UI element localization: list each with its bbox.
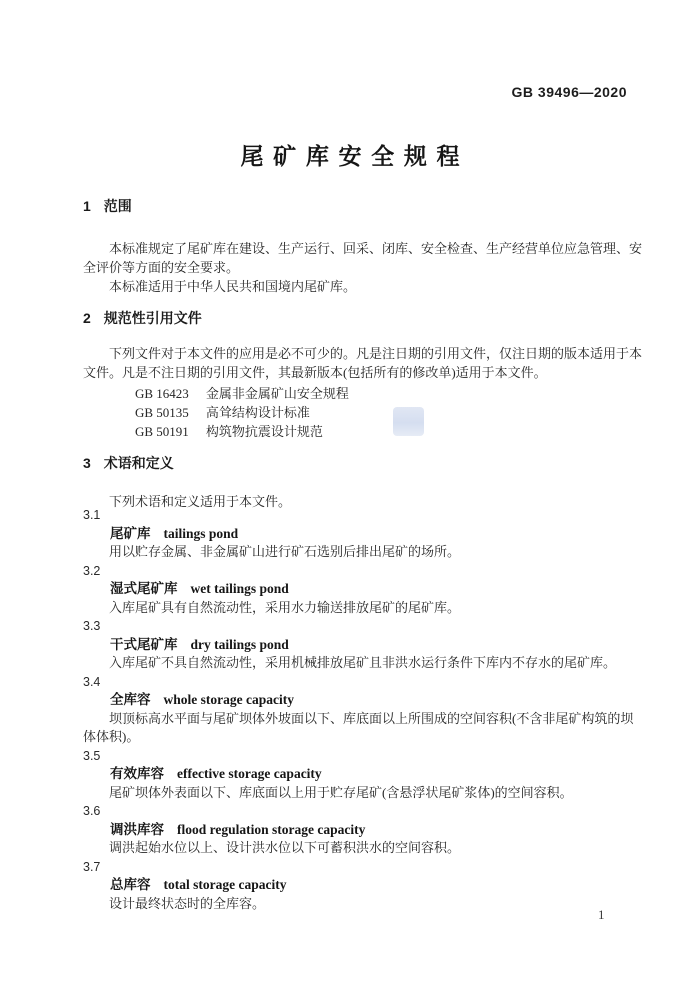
- term-name: 总库容total storage capacity: [83, 876, 643, 895]
- reference-item: GB 50191构筑物抗震设计规范: [83, 422, 643, 441]
- scope-paragraph-1: 本标准规定了尾矿库在建设、生产运行、回采、闭库、安全检查、生产经营单位应急管理、…: [83, 239, 643, 277]
- term-name: 全库容whole storage capacity: [83, 691, 643, 710]
- document-title: 尾矿库安全规程: [0, 138, 700, 171]
- term-name-en: wet tailings pond: [191, 581, 289, 596]
- term-name: 尾矿库tailings pond: [83, 525, 643, 544]
- term-definition: 尾矿坝体外表面以下、库底面以上用于贮存尾矿(含悬浮状尾矿浆体)的空间容积。: [83, 784, 643, 803]
- section-3-heading: 3术语和定义: [83, 455, 643, 472]
- standard-number: GB 39496—2020: [512, 84, 627, 100]
- term-definition: 入库尾矿具有自然流动性，采用水力输送排放尾矿的尾矿库。: [83, 599, 643, 618]
- term-name: 有效库容effective storage capacity: [83, 765, 643, 784]
- term-name-en: tailings pond: [164, 526, 239, 541]
- term-name-en: total storage capacity: [164, 877, 287, 892]
- document-page: GB 39496—2020 尾矿库安全规程 1范围 本标准规定了尾矿库在建设、生…: [0, 0, 700, 989]
- term-number: 3.4: [83, 673, 643, 692]
- term-number: 3.2: [83, 562, 643, 581]
- term-name-en: whole storage capacity: [164, 692, 294, 707]
- term-definition: 调洪起始水位以上、设计洪水位以下可蓄积洪水的空间容积。: [83, 839, 643, 858]
- term-name: 调洪库容flood regulation storage capacity: [83, 821, 643, 840]
- section-3-title: 术语和定义: [104, 455, 174, 471]
- reference-item: GB 50135高耸结构设计标准: [83, 403, 643, 422]
- term-name-en: dry tailings pond: [191, 637, 289, 652]
- reference-item: GB 16423金属非金属矿山安全规程: [83, 384, 643, 403]
- reference-title: 构筑物抗震设计规范: [206, 424, 323, 439]
- scope-paragraph-2: 本标准适用于中华人民共和国境内尾矿库。: [83, 277, 643, 296]
- section-1-heading: 1范围: [83, 198, 643, 215]
- normative-intro-paragraph: 下列文件对于本文件的应用是必不可少的。凡是注日期的引用文件，仅注日期的版本适用于…: [83, 344, 643, 382]
- term-definition: 入库尾矿不具自然流动性，采用机械排放尾矿且非洪水运行条件下库内不存水的尾矿库。: [83, 654, 643, 673]
- term-number: 3.3: [83, 617, 643, 636]
- section-2-number: 2: [83, 310, 91, 327]
- term-name: 湿式尾矿库wet tailings pond: [83, 580, 643, 599]
- reference-title: 金属非金属矿山安全规程: [206, 386, 349, 401]
- page-number: 1: [598, 907, 605, 923]
- term-name-zh: 湿式尾矿库: [110, 581, 178, 596]
- watermark-stamp: [393, 407, 424, 436]
- term-number: 3.5: [83, 747, 643, 766]
- term-name-en: flood regulation storage capacity: [177, 822, 365, 837]
- term-definition: 设计最终状态时的全库容。: [83, 895, 643, 914]
- section-2-heading: 2规范性引用文件: [83, 310, 643, 327]
- term-name-zh: 尾矿库: [110, 526, 151, 541]
- term-name-en: effective storage capacity: [177, 766, 322, 781]
- term-name-zh: 总库容: [110, 877, 151, 892]
- reference-code: GB 16423: [109, 384, 189, 403]
- term-name: 干式尾矿库dry tailings pond: [83, 636, 643, 655]
- term-name-zh: 有效库容: [110, 766, 164, 781]
- term-number: 3.1: [83, 506, 643, 525]
- normative-references: GB 16423金属非金属矿山安全规程 GB 50135高耸结构设计标准 GB …: [83, 384, 643, 441]
- term-name-zh: 干式尾矿库: [110, 637, 178, 652]
- term-number: 3.7: [83, 858, 643, 877]
- section-1-number: 1: [83, 198, 91, 215]
- section-3-number: 3: [83, 455, 91, 472]
- reference-title: 高耸结构设计标准: [206, 405, 310, 420]
- term-name-zh: 全库容: [110, 692, 151, 707]
- term-definition: 用以贮存金属、非金属矿山进行矿石选别后排出尾矿的场所。: [83, 543, 643, 562]
- term-name-zh: 调洪库容: [110, 822, 164, 837]
- term-number: 3.6: [83, 802, 643, 821]
- terms-list: 3.1 尾矿库tailings pond 用以贮存金属、非金属矿山进行矿石选别后…: [83, 506, 643, 913]
- reference-code: GB 50135: [109, 403, 189, 422]
- section-2-title: 规范性引用文件: [104, 310, 202, 326]
- term-definition: 坝顶标高水平面与尾矿坝体外坡面以下、库底面以上所围成的空间容积(不含非尾矿构筑的…: [83, 710, 643, 747]
- section-1-title: 范围: [104, 198, 132, 214]
- reference-code: GB 50191: [109, 422, 189, 441]
